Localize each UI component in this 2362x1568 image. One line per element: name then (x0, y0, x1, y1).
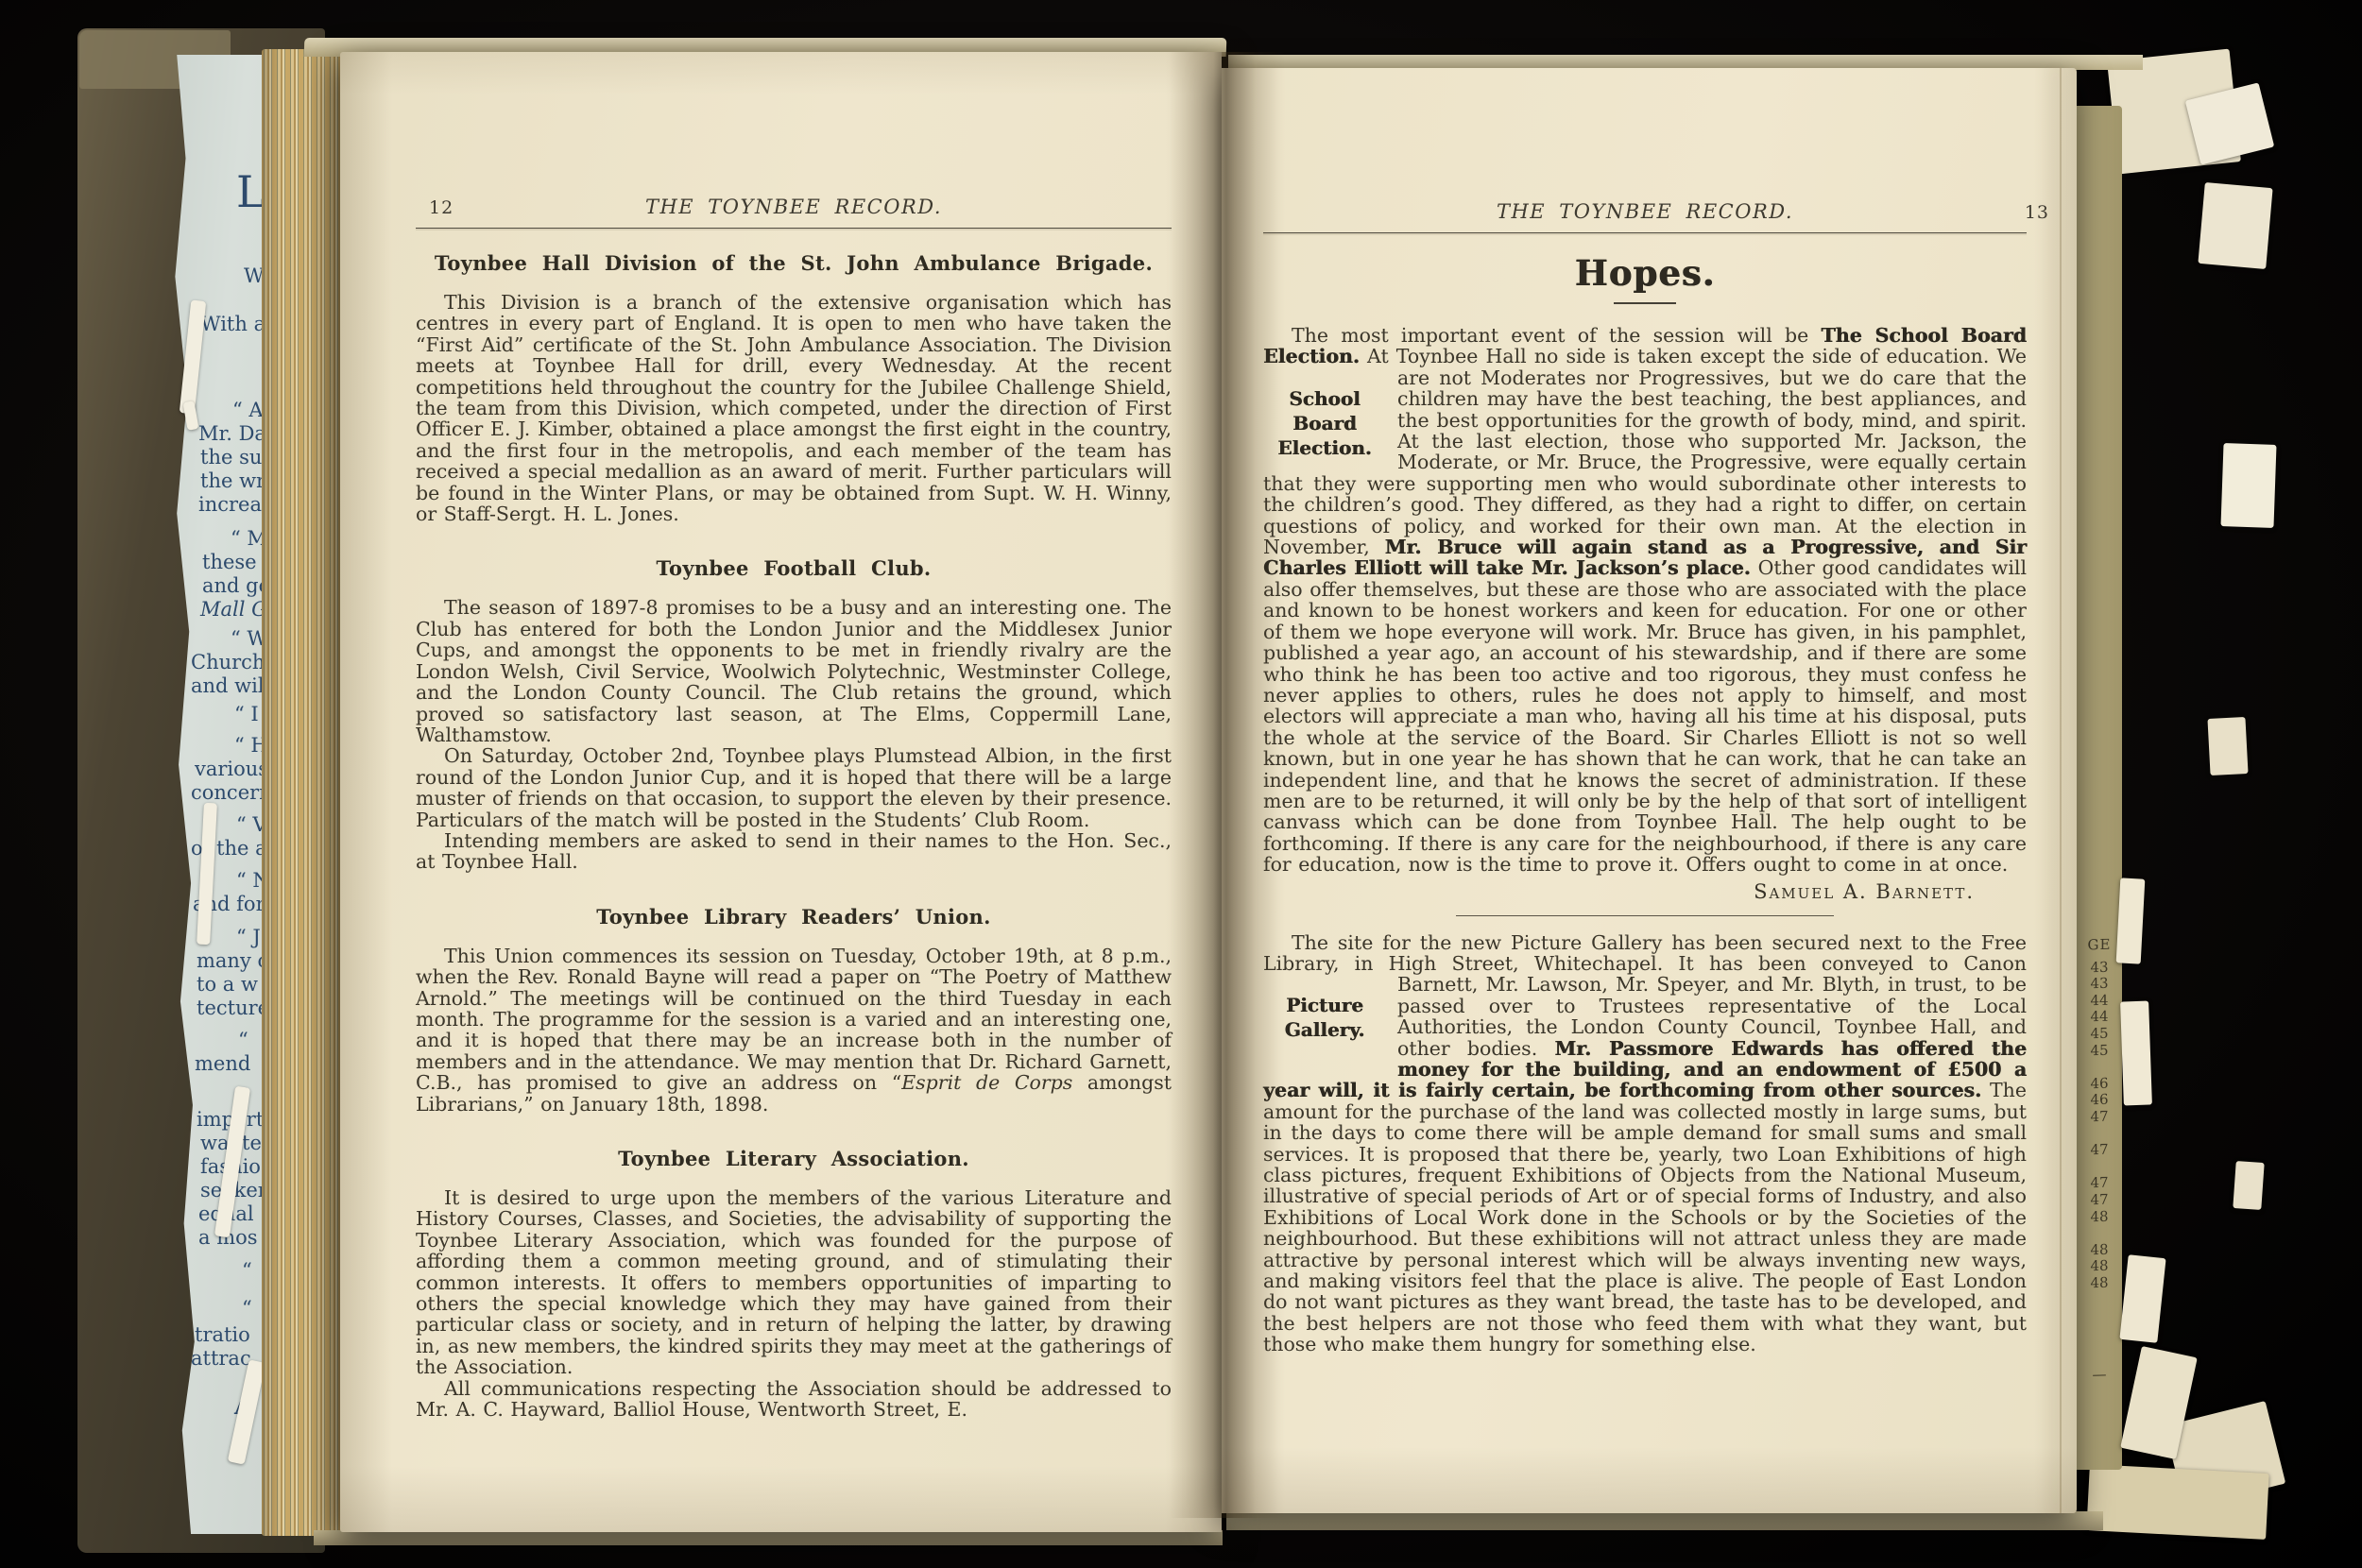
paragraph: Intending members are asked to send in t… (416, 830, 1172, 873)
paragraph: This Union commences its session on Tues… (416, 946, 1172, 1115)
index-number-column: GE 43434444454546464747474748484848 — (2077, 105, 2122, 1384)
right-page-content: THE TOYNBEE RECORD. 13 Hopes. The most i… (1263, 200, 2027, 1355)
section-ambulance-brigade: Toynbee Hall Division of the St. John Am… (416, 251, 1172, 524)
paragraph-text: Other good candidates will also offer th… (1263, 556, 2027, 876)
index-page-number: 44 (2077, 1009, 2122, 1027)
index-edge-dash: — (2077, 1367, 2122, 1385)
index-page-number: 48 (2077, 1274, 2122, 1292)
index-edge-strip: GE 43434444454546464747474748484848 — (2077, 106, 2122, 1470)
sidenote-picture-gallery: PictureGallery. (1265, 977, 1384, 1062)
book-bottom-edge-left (314, 1530, 1223, 1545)
sidenote-line: Election. (1277, 436, 1371, 459)
page-edge-stack (262, 49, 341, 1536)
paragraph: The season of 1897-8 promises to be a bu… (416, 597, 1172, 745)
index-page-number: 43 (2077, 959, 2122, 977)
index-page-number (2077, 1059, 2122, 1077)
index-column-header: GE (2077, 936, 2122, 954)
section-heading: Toynbee Library Readers’ Union. (416, 905, 1172, 929)
sidenote-line: Picture (1286, 994, 1363, 1016)
paragraph-text: The most important event of the session … (1292, 324, 1821, 347)
paper-tab (2220, 443, 2276, 528)
header-rule (416, 228, 1172, 229)
index-page-number: 43 (2077, 976, 2122, 994)
index-page-number: 48 (2077, 1258, 2122, 1276)
running-header: 12 THE TOYNBEE RECORD. (416, 196, 1172, 218)
paragraph-text: The amount for the purchase of the land … (1263, 1079, 2027, 1355)
paper-tab (2119, 1254, 2165, 1343)
book-bottom-edge-right (1226, 1511, 2103, 1530)
sidenote-line: Gallery. (1285, 1018, 1365, 1041)
title-rule (1614, 302, 1676, 304)
section-heading: Toynbee Hall Division of the St. John Am… (416, 251, 1172, 275)
index-page-number: 45 (2077, 1042, 2122, 1060)
paper-tab (2116, 878, 2146, 963)
running-title: THE TOYNBEE RECORD. (1497, 200, 1793, 223)
paragraph-text: The site for the new Picture Gallery has… (1263, 931, 2027, 975)
page-number: 12 (429, 197, 454, 218)
left-page-content: 12 THE TOYNBEE RECORD. Toynbee Hall Divi… (416, 196, 1172, 1420)
index-page-number: 47 (2077, 1141, 2122, 1159)
paragraph-italic-phrase: Esprit de Corps (901, 1071, 1072, 1094)
section-football-club: Toynbee Football Club. The season of 189… (416, 556, 1172, 872)
index-page-number: 46 (2077, 1075, 2122, 1093)
index-page-number: 47 (2077, 1108, 2122, 1126)
paragraph: On Saturday, October 2nd, Toynbee plays … (416, 745, 1172, 830)
paper-tab (2120, 1001, 2152, 1106)
running-title: THE TOYNBEE RECORD. (645, 196, 942, 218)
signature-samuel-barnett: Samuel A. Barnett. (1263, 880, 2027, 903)
section-literary-association: Toynbee Literary Association. It is desi… (416, 1147, 1172, 1420)
section-heading: Toynbee Football Club. (416, 556, 1172, 580)
book-photo: LO WI With a N “ A Mr. Dar the subj the … (0, 0, 2362, 1568)
sidenote-line: School Board (1289, 387, 1360, 435)
running-header: THE TOYNBEE RECORD. 13 (1263, 200, 2027, 223)
index-page-number: 48 (2077, 1208, 2122, 1226)
separator-rule (1456, 915, 1834, 916)
right-page: THE TOYNBEE RECORD. 13 Hopes. The most i… (1222, 68, 2077, 1513)
left-page: 12 THE TOYNBEE RECORD. Toynbee Hall Divi… (340, 52, 1222, 1532)
index-page-number: 46 (2077, 1092, 2122, 1110)
section-heading: Toynbee Literary Association. (416, 1147, 1172, 1170)
paper-tab (2198, 182, 2272, 269)
paper-tab (2233, 1161, 2264, 1210)
paper-tab (2086, 1464, 2268, 1540)
section-library-readers-union: Toynbee Library Readers’ Union. This Uni… (416, 905, 1172, 1115)
header-rule (1263, 232, 2027, 233)
index-page-number: 45 (2077, 1025, 2122, 1043)
paragraph-school-board: The most important event of the session … (1263, 325, 2027, 876)
paper-tab (2207, 717, 2248, 775)
index-page-number: 47 (2077, 1175, 2122, 1193)
index-page-number: 48 (2077, 1241, 2122, 1259)
sidenote-school-board-election: School BoardElection. (1265, 370, 1384, 455)
article-title-hopes: Hopes. (1263, 252, 2027, 294)
index-page-number: 47 (2077, 1191, 2122, 1209)
page-number: 13 (2025, 202, 2049, 223)
paragraph-text: At Toynbee Hall no side is taken except … (1360, 345, 1989, 367)
index-page-number (2077, 1158, 2122, 1176)
paragraph: This Division is a branch of the extensi… (416, 292, 1172, 524)
index-page-number (2077, 1125, 2122, 1143)
paragraph: It is desired to urge upon the members o… (416, 1187, 1172, 1378)
paragraph-picture-gallery: The site for the new Picture Gallery has… (1263, 932, 2027, 1355)
index-page-number (2077, 1224, 2122, 1242)
paragraph: All communications respecting the Associ… (416, 1378, 1172, 1421)
index-page-number: 44 (2077, 992, 2122, 1010)
